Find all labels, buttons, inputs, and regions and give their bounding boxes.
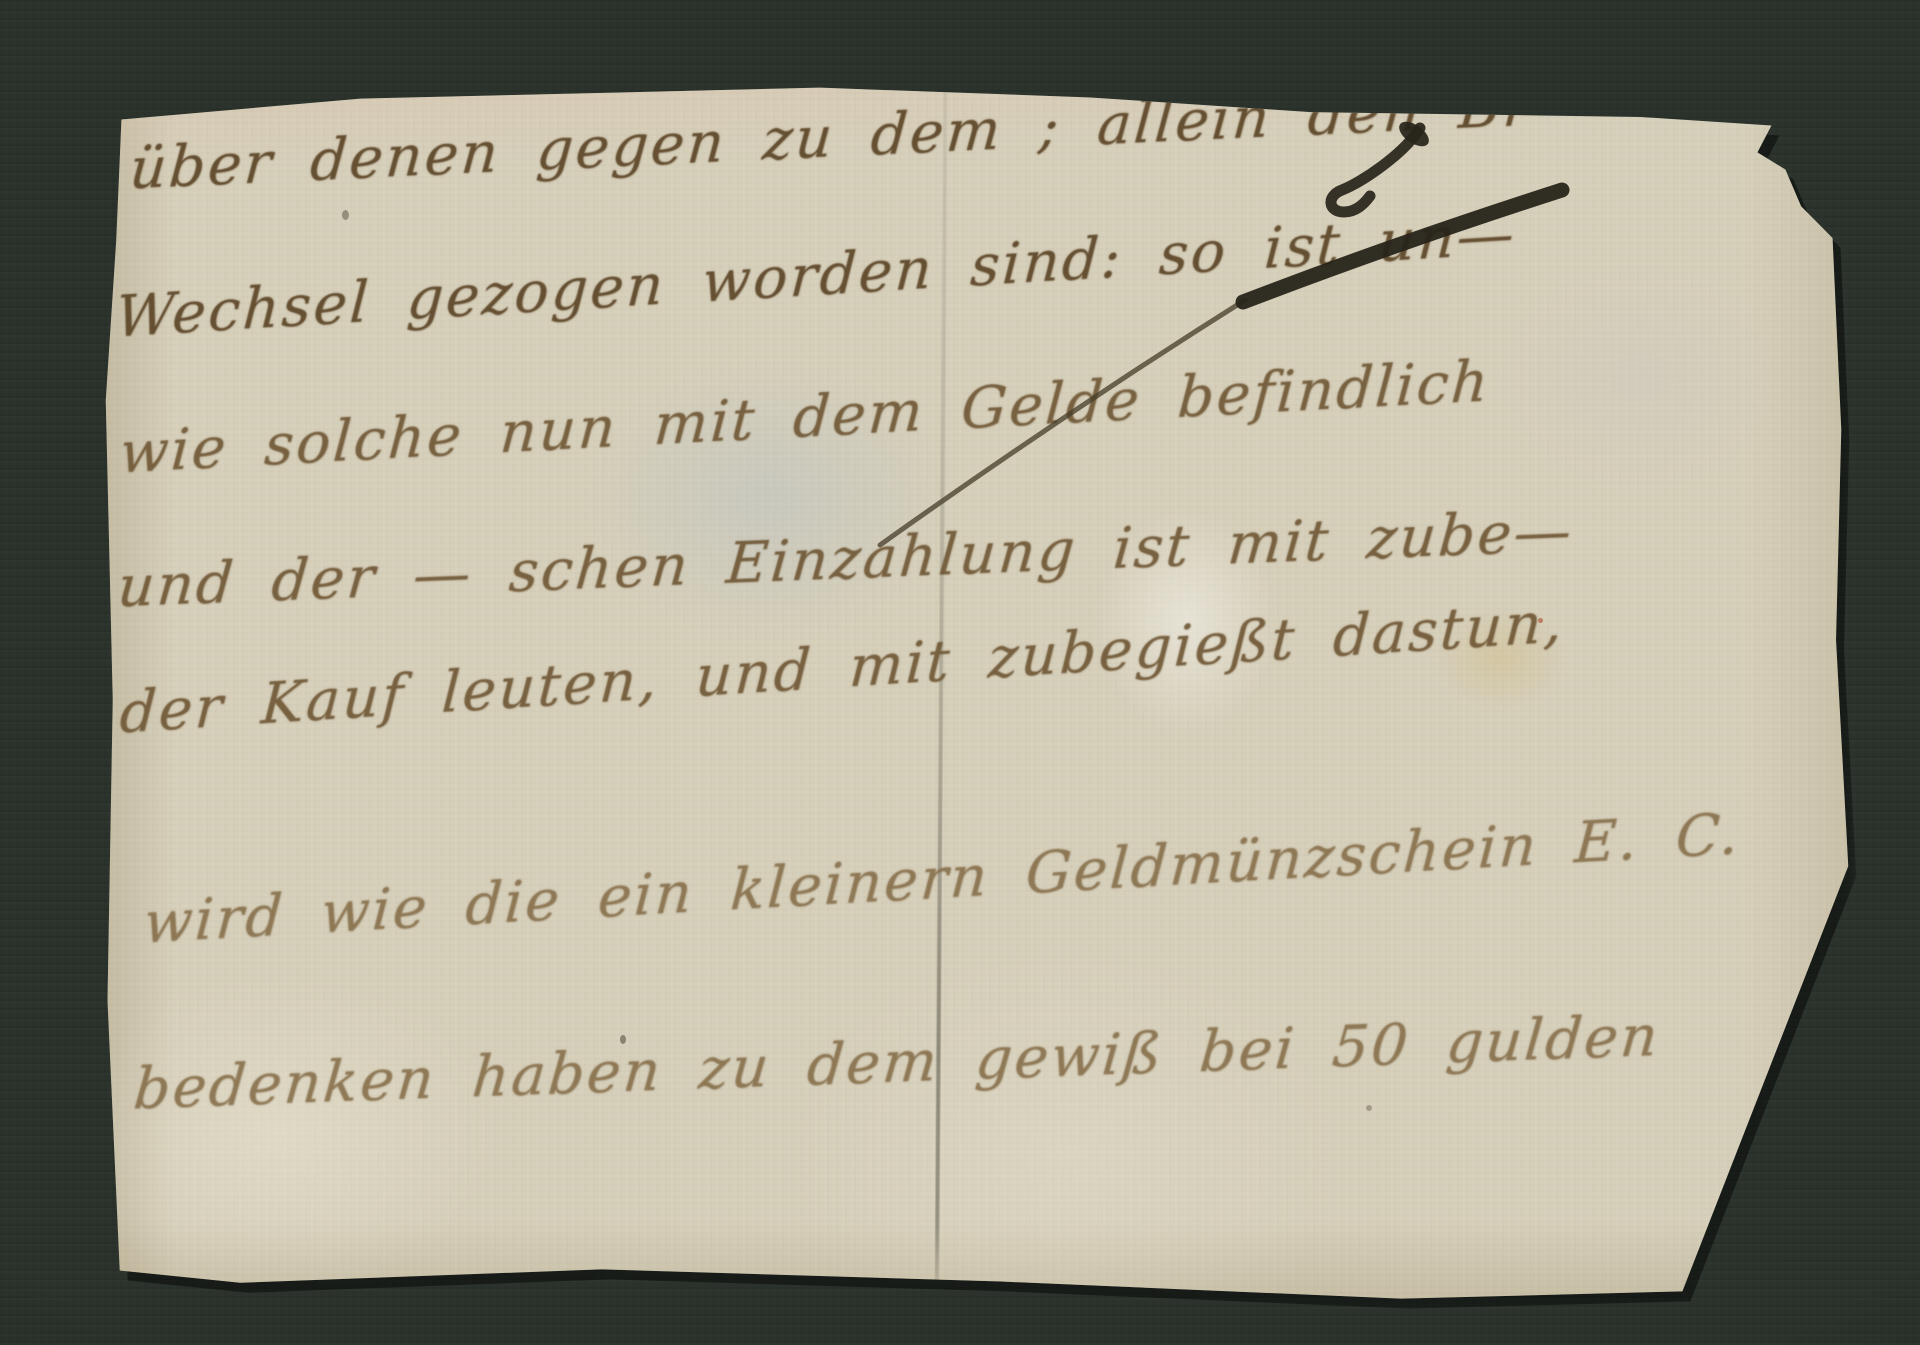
photograph-of-manuscript: über denen gegen zu dem ; allein den Br—…: [0, 0, 1920, 1345]
manuscript-line: bedenken haben zu dem gewiß bei 50 gulde…: [131, 1003, 1663, 1123]
manuscript-line: wie solche nun mit dem Gelde befindlich: [118, 348, 1493, 486]
manuscript-line: Wechsel gezogen worden sind: so ist un—: [114, 201, 1518, 351]
ink-speck: [620, 1035, 626, 1044]
ink-speck: [1366, 1105, 1372, 1111]
ink-speck: [342, 210, 349, 220]
manuscript-line: der Kauf leuten, und mit zubegießt dastu…: [118, 589, 1566, 746]
red-speck: [1538, 618, 1543, 623]
manuscript-paper: über denen gegen zu dem ; allein den Br—…: [104, 84, 1850, 1306]
manuscript-line: wird wie die ein kleinern Geldmünzschein…: [142, 801, 1743, 957]
manuscript-line: über denen gegen zu dem ; allein den Br—: [127, 69, 1595, 202]
